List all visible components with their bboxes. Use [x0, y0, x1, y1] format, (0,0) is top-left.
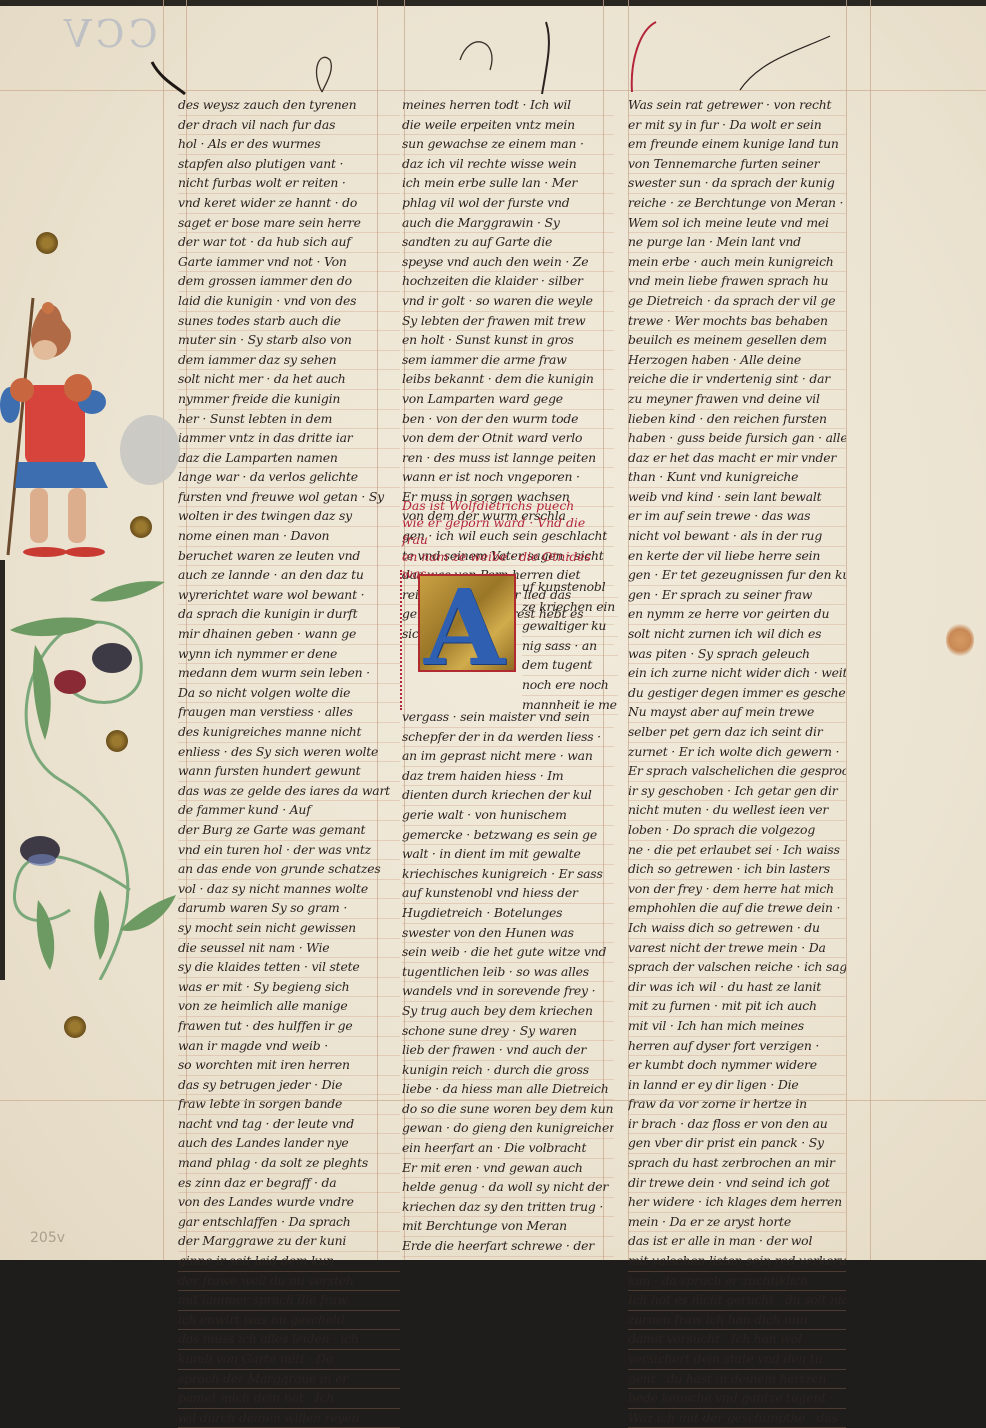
- text-line: Ich waiss dich so getrewen · du: [628, 919, 846, 939]
- text-line: Er sprach valschelichen die gesprochen: [628, 762, 846, 782]
- text-line: zu meyner frawen vnd deine vil: [628, 390, 846, 410]
- text-line: stapfen also plutigen vant ·: [178, 155, 400, 175]
- text-line: mit valschen listen sein red verkeru: [628, 1252, 846, 1260]
- text-line: was er mit · Sy begieng sich: [178, 978, 400, 998]
- text-line: emphohlen die auf die trewe dein ·: [628, 899, 846, 919]
- text-line: beuilch es meinem gesellen dem: [628, 331, 846, 351]
- text-line: ein ich zurne nicht wider dich · weit: [628, 664, 846, 684]
- text-line: zurnet · Er ich wolte dich gewern ·: [628, 743, 846, 763]
- text-line: lieb der frawen · vnd auch der: [402, 1041, 614, 1061]
- text-line: wann fursten hundert gewunt: [178, 762, 400, 782]
- text-line: hochzeiten die klaider · silber: [402, 272, 614, 292]
- text-line: her widere · ich klages dem herren: [628, 1193, 846, 1213]
- text-line: sein weib · die het gute witze vnd: [402, 943, 614, 963]
- text-line: enliess · des Sy sich weren wolte: [178, 743, 400, 763]
- ruling-line: [870, 0, 871, 1260]
- text-line: er mit sy in fur · Da wolt er sein: [628, 116, 846, 136]
- text-line: daz er het das macht er mir vnder: [628, 449, 846, 469]
- text-line: de fammer kund · Auf: [178, 801, 400, 821]
- text-line: sem iammer die arme fraw: [402, 351, 614, 371]
- text-line: vnd mein liebe frawen sprach hu: [628, 272, 846, 292]
- text-line: Garte iammer vnd not · Von: [178, 253, 400, 273]
- text-line: Wem sol ich meine leute vnd mei: [628, 214, 846, 234]
- text-line: an das ende von grunde schatzes: [178, 860, 400, 880]
- text-line: gar entschlaffen · Da sprach: [178, 1213, 400, 1233]
- text-line: swester sun · da sprach der kunig: [628, 174, 846, 194]
- text-line: nicht muten · du wellest ieen ver: [628, 801, 846, 821]
- shelf-mark: 205v: [30, 1230, 65, 1246]
- text-line: mand phlag · da solt ze pleghts: [178, 1154, 400, 1174]
- text-line: des weysz zauch den tyrenen: [178, 96, 400, 116]
- text-line: auch die Marggrawin · Sy: [402, 214, 614, 234]
- text-line: beruchet waren ze leuten vnd: [178, 547, 400, 567]
- text-line: auch des Landes lander nye: [178, 1134, 400, 1154]
- text-line: selber pet gern daz ich seint dir: [628, 723, 846, 743]
- text-line: wyrerichtet ware wol bewant ·: [178, 586, 400, 606]
- gold-medallion: [64, 1016, 86, 1038]
- ruling-line: [846, 0, 847, 1260]
- text-line: frawen tut · des hulffen ir ge: [178, 1017, 400, 1037]
- text-line: do so die sune woren bey dem kunige: [402, 1100, 614, 1120]
- text-line: ren · des muss ist lannge peiten: [402, 449, 614, 469]
- text-line: das sy betrugen jeder · Die: [178, 1076, 400, 1096]
- text-line: gen · Er tet gezeugnissen fur den kuni: [628, 566, 846, 586]
- text-line: sandten zu auf Garte die: [402, 233, 614, 253]
- text-line: ein heerfart an · Die volbracht: [402, 1139, 614, 1159]
- text-line: helde genug · da woll sy nicht der: [402, 1178, 614, 1198]
- text-line: in lannd er ey dir ligen · Die: [628, 1076, 846, 1096]
- text-line: von des Landes wurde vndre: [178, 1193, 400, 1213]
- text-line: gen vber dir prist ein panck · Sy: [628, 1134, 846, 1154]
- text-line: vol · daz sy nicht mannes wolte: [178, 880, 400, 900]
- text-line: nig sass · an: [522, 637, 618, 657]
- text-line: Da so nicht volgen wolte die: [178, 684, 400, 704]
- text-line: sun gewachse ze einem man ·: [402, 135, 614, 155]
- text-line: fraw da vor zorne ir hertze in: [628, 1095, 846, 1115]
- text-line: medann dem wurm sein leben ·: [178, 664, 400, 684]
- text-column-1: des weysz zauch den tyrenender drach vil…: [178, 96, 400, 1260]
- text-line: der war tot · da hub sich auf: [178, 233, 400, 253]
- initial-letter: A: [424, 566, 505, 689]
- text-line: mit zu furnen · mit pit ich auch: [628, 997, 846, 1017]
- text-line: vnd ir golt · so waren die weyle: [402, 292, 614, 312]
- text-line: reiche die ir vndertenig sint · dar: [628, 370, 846, 390]
- text-line: du gestiger degen immer es gescheht ·: [628, 684, 846, 704]
- text-line: sunes todes starb auch die: [178, 312, 400, 332]
- text-line: des kunigreiches manne nicht: [178, 723, 400, 743]
- text-line: mit Berchtunge von Meran: [402, 1217, 614, 1237]
- text-line: ne · die pet erlaubet sei · Ich waiss: [628, 841, 846, 861]
- text-line: vergass · sein maister vnd sein: [402, 708, 614, 728]
- text-line: an im geprast nicht mere · wan: [402, 747, 614, 767]
- text-line: wolten ir des twingen daz sy: [178, 507, 400, 527]
- text-line: von Lamparten ward gege: [402, 390, 614, 410]
- text-line: er kumbt doch nymmer widere: [628, 1056, 846, 1076]
- text-line: dem grossen iammer den do: [178, 272, 400, 292]
- text-line: was piten · Sy sprach geleuch: [628, 645, 846, 665]
- wax-stain: [946, 623, 974, 657]
- text-line: lieben kind · den reichen fursten: [628, 410, 846, 430]
- text-line: Sy lebten der frawen mit trew: [402, 312, 614, 332]
- text-line: von der frey · dem herre hat mich: [628, 880, 846, 900]
- text-line: nacht vnd tag · der leute vnd: [178, 1115, 400, 1135]
- text-line: vnd ein turen hol · der was vntz: [178, 841, 400, 861]
- text-line: en holt · Sunst kunst in gros: [402, 331, 614, 351]
- text-line: dich so getrewen · ich bin lasters: [628, 860, 846, 880]
- flower-vine: [0, 560, 190, 980]
- text-line: da sprach die kunigin ir durft: [178, 605, 400, 625]
- text-line: trewe · Wer mochts bas behaben: [628, 312, 846, 332]
- text-line: die seussel nit nam · Wie: [178, 939, 400, 959]
- text-line: ich mein erbe sulle lan · Mer: [402, 174, 614, 194]
- text-line: lange war · da verlos gelichte: [178, 468, 400, 488]
- text-line: von ze heimlich alle manige: [178, 997, 400, 1017]
- text-line: kriechen daz sy den tritten trug ·: [402, 1198, 614, 1218]
- text-line: der drach vil nach fur das: [178, 116, 400, 136]
- text-line: gewaltiger ku: [522, 617, 618, 637]
- text-line: walt · in dient im mit gewalte: [402, 845, 614, 865]
- text-line: varest nicht der trewe mein · Da: [628, 939, 846, 959]
- text-line: das ist er alle in man · der wol: [628, 1232, 846, 1252]
- text-line: ben · von der den wurm tode: [402, 410, 614, 430]
- text-line: es zinn daz er begraff · da: [178, 1174, 400, 1194]
- text-line: meines herren todt · Ich wil: [402, 96, 614, 116]
- text-line: sy die klaides tetten · vil stete: [178, 958, 400, 978]
- text-line: than · Kunt vnd kunigreiche: [628, 468, 846, 488]
- text-column-3: Was sein rat getrewer · von rechter mit …: [628, 96, 846, 1260]
- text-line: der Burg ze Garte was gemant: [178, 821, 400, 841]
- text-line: solt nicht zurnen ich wil dich es: [628, 625, 846, 645]
- text-line: wandels vnd in sorevende frey ·: [402, 982, 614, 1002]
- text-line: ginne ir seit laid dem kun: [178, 1252, 400, 1260]
- text-line: von Tennemarche furten seiner: [628, 155, 846, 175]
- text-line: dem tugent: [522, 656, 618, 676]
- text-line: swester von den Hunen was: [402, 924, 614, 944]
- text-line: weib vnd kind · sein lant bewalt: [628, 488, 846, 508]
- text-line: vnd keret wider ze hannt · do: [178, 194, 400, 214]
- text-line: muter sin · Sy starb also von: [178, 331, 400, 351]
- text-line: wann er ist noch vngeporen ·: [402, 468, 614, 488]
- text-line: gen · Er sprach zu seiner fraw: [628, 586, 846, 606]
- text-line: Hugdietreich · Botelunges: [402, 904, 614, 924]
- text-line: daz ich vil rechte wisse wein: [402, 155, 614, 175]
- text-line: Was sein rat getrewer · von recht: [628, 96, 846, 116]
- text-line: her · Sunst lebten in dem: [178, 410, 400, 430]
- text-line: haben · guss beide fursich gan · alles: [628, 429, 846, 449]
- text-line: schone sune drey · Sy waren: [402, 1022, 614, 1042]
- text-line: fraw lebte in sorgen bande: [178, 1095, 400, 1115]
- text-line: en kerte der vil liebe herre sein: [628, 547, 846, 567]
- text-line: mein erbe · auch mein kunigreich: [628, 253, 846, 273]
- text-line: Er mit eren · vnd gewan auch: [402, 1159, 614, 1179]
- text-line: gerie walt · von hunischem: [402, 806, 614, 826]
- text-line: ir sy geschoben · Ich getar gen dir: [628, 782, 846, 802]
- text-line: fursten vnd freuwe wol getan · Sy: [178, 488, 400, 508]
- text-line: iammer vntz in das dritte iar: [178, 429, 400, 449]
- text-line: dir trewe dein · vnd seind ich got: [628, 1174, 846, 1194]
- text-line: tugentlichen leib · so was alles: [402, 963, 614, 983]
- text-line: sprach du hast zerbrochen an mir: [628, 1154, 846, 1174]
- rubric-line: wie er geporn ward · Vnd die frau: [402, 514, 614, 548]
- gold-medallion: [36, 232, 58, 254]
- text-line: sprach der valschen reiche · ich sag: [628, 958, 846, 978]
- text-line: sy mocht sein nicht gewissen: [178, 919, 400, 939]
- text-line: Nu mayst aber auf mein trewe: [628, 703, 846, 723]
- text-line: Sy trug auch bey dem kriechen: [402, 1002, 614, 1022]
- ascender-flourishes: [0, 0, 986, 100]
- text-line: dir was ich wil · du hast ze lanit: [628, 978, 846, 998]
- text-line: Herzogen haben · Alle deine: [628, 351, 846, 371]
- text-line: ir brach · daz floss er von den au: [628, 1115, 846, 1135]
- warrior-figure: [0, 290, 190, 560]
- text-line: gewan · do gieng den kunigreichen: [402, 1119, 614, 1139]
- text-beside-initial: uf kunstenoblze kriechen eingewaltiger k…: [522, 578, 618, 715]
- text-line: solt nicht mer · da het auch: [178, 370, 400, 390]
- text-line: hol · Als er des wurmes: [178, 135, 400, 155]
- text-line: ne purge lan · Mein lant vnd: [628, 233, 846, 253]
- text-line: daz trem haiden hiess · Im: [402, 767, 614, 787]
- text-line: nymmer freide die kunigin: [178, 390, 400, 410]
- manuscript-page: CCV 205v des weysz zauch den tyrenender …: [0, 0, 986, 1260]
- text-line: nicht vol bewant · als in der rug: [628, 527, 846, 547]
- text-line: daz die Lamparten namen: [178, 449, 400, 469]
- text-line: liebe · da hiess man alle Dietreich: [402, 1080, 614, 1100]
- text-line: darumb waren Sy so gram ·: [178, 899, 400, 919]
- text-line: loben · Do sprach die volgezog: [628, 821, 846, 841]
- illuminated-initial: A: [418, 574, 516, 672]
- text-line: em freunde einem kunige land tun: [628, 135, 846, 155]
- text-line: uf kunstenobl: [522, 578, 618, 598]
- text-line: wan ir magde vnd weib ·: [178, 1037, 400, 1057]
- text-line: saget er bose mare sein herre: [178, 214, 400, 234]
- text-line: noch ere noch: [522, 676, 618, 696]
- text-line: das was ze gelde des iares da wart: [178, 782, 400, 802]
- text-line: reiche · ze Berchtunge von Meran ·: [628, 194, 846, 214]
- rubric-line: Das ist Wolfdietrichs puech: [402, 497, 614, 514]
- text-line: er im auf sein trewe · das was: [628, 507, 846, 527]
- text-line: nicht furbas wolt er reiten ·: [178, 174, 400, 194]
- text-line: von dem der Otnit ward verlo: [402, 429, 614, 449]
- text-line: auch ze lannde · an den daz tu: [178, 566, 400, 586]
- text-line: laid die kunigin · vnd von des: [178, 292, 400, 312]
- text-line: kunigin reich · durch die gross: [402, 1061, 614, 1081]
- text-line: schepfer der in da werden liess ·: [402, 728, 614, 748]
- text-line: nome einen man · Davon: [178, 527, 400, 547]
- text-line: leibs bekannt · dem die kunigin: [402, 370, 614, 390]
- text-line: auf kunstenobl vnd hiess der: [402, 884, 614, 904]
- text-line: die weile erpeiten vntz mein: [402, 116, 614, 136]
- text-column-2-continued: vergass · sein maister vnd seinschepfer …: [402, 708, 614, 1257]
- text-line: mir dhainen geben · wann ge: [178, 625, 400, 645]
- text-line: gemercke · betzwang es sein ge: [402, 826, 614, 846]
- text-line: wynn ich nymmer er dene: [178, 645, 400, 665]
- text-line: dienten durch kriechen der kul: [402, 786, 614, 806]
- text-line: en nymm ze herre vor geirten du: [628, 605, 846, 625]
- text-line: kriechisches kunigreich · Er sass: [402, 865, 614, 885]
- text-line: fraugen man verstiess · alles: [178, 703, 400, 723]
- text-line: mein · Da er ze aryst horte: [628, 1213, 846, 1233]
- text-line: so worchten mit iren herren: [178, 1056, 400, 1076]
- text-line: mit vil · Ich han mich meines: [628, 1017, 846, 1037]
- text-line: Erde die heerfart schrewe · der: [402, 1237, 614, 1257]
- text-line: ge Dietreich · da sprach der vil ge: [628, 292, 846, 312]
- text-line: speyse vnd auch den wein · Ze: [402, 253, 614, 273]
- text-line: herren auf dyser fort verzigen ·: [628, 1037, 846, 1057]
- text-line: ze kriechen ein: [522, 598, 618, 618]
- text-line: phlag vil wol der furste vnd: [402, 194, 614, 214]
- text-line: dem iammer daz sy sehen: [178, 351, 400, 371]
- text-line: der Marggrawe zu der kuni: [178, 1232, 400, 1252]
- initial-flourish: [400, 570, 412, 710]
